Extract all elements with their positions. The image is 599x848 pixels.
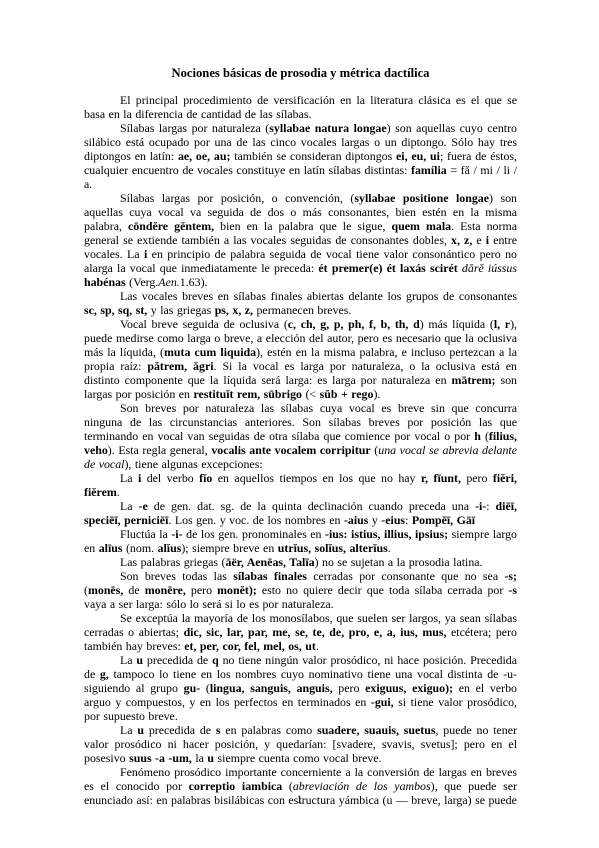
bold-run: muta cum liquida [164,345,256,359]
text-run: la [192,751,208,765]
bold-run: quem mala [392,219,452,233]
text-run: cerradas por consonante que no sea [307,569,505,583]
text-run: Sílabas largas por naturaleza ( [120,121,269,135]
text-run: vaya a ser larga: sólo lo será si lo es … [84,597,334,611]
paragraph: Son breves por naturaleza las sílabas cu… [84,401,517,471]
text-run: y [368,513,381,527]
page-number: 1 [0,792,599,807]
text-run: La [120,653,136,667]
text-run: precedida de [143,653,212,667]
bold-run: fĭo [199,471,212,485]
bold-run: -gui, [371,695,394,709]
bold-run: syllabae natura longae [269,121,386,135]
paragraph: Sílabas largas por posición, o convenció… [84,191,517,289]
bold-run: vocalis ante vocalem corripitur [211,443,370,457]
bold-run: gu- [184,681,201,695]
text-run: Las palabras griegas ( [120,555,226,569]
text-run: . Los gen. y voc. de los nombres en [168,513,344,527]
italic-run: dărĕ iússus [462,261,517,275]
bold-run: x, z, [451,233,472,247]
paragraph: La u precedida de s en palabras como sua… [84,723,517,765]
bold-run: u [137,723,144,737]
document-content: Nociones básicas de prosodia y métrica d… [84,66,517,807]
bold-run: et, per, cor, fel, mel, os, ut [184,639,316,653]
bold-run: syllabae positione longae [354,191,489,205]
paragraph: Las vocales breves en sílabas finales ab… [84,289,517,317]
bold-run: alīus [99,541,123,555]
text-run: de gen. dat. sg. de la quinta declinació… [148,499,475,513]
bold-run: sŭb + rego [320,387,374,401]
bold-run: suadere, suauis, suetus [317,723,435,737]
bold-run: monēre, [145,583,186,597]
text-run: Vocal breve seguida de oclusiva ( [120,317,288,331]
text-run: ( [282,779,293,793]
text-run: siempre cuenta como vocal breve. [214,751,382,765]
text-run: ) no se sujetan a la prosodia latina. [315,555,483,569]
bold-run: ps, x, z, [215,303,253,317]
text-run: también se consideran diptongos [230,149,396,163]
text-run: y las griegas [147,303,214,317]
paragraph: Son breves todas las sílabas finales cer… [84,569,517,611]
paragraph: Fluctúa la -i- de los gen. pronominales … [84,527,517,555]
text-run: Sílabas largas por posición, o convenció… [120,191,354,205]
bold-run: -s [508,583,517,597]
text-run: . [388,541,391,555]
document-body: El principal procedimiento de versificac… [84,93,517,807]
document-page: Nociones básicas de prosodia y métrica d… [0,0,599,848]
paragraph: El principal procedimiento de versificac… [84,93,517,121]
text-run: esto no quiere decir que toda sílaba cer… [257,583,509,597]
bold-run: dic, sic, lar, par, me, se, te, de, pro,… [184,625,447,639]
text-run: La [120,471,138,485]
paragraph: La i del verbo fĭo en aquellos tiempos e… [84,471,517,499]
text-run: ). Esta regla general, [108,443,212,457]
text-run: permanecen breves. [253,303,351,317]
text-run: (Verg. [126,275,159,289]
italic-run: Aen. [158,275,179,289]
bold-run: -eius [381,513,405,527]
bold-run: c, ch, g, p, ph, f, b, th, d [288,317,420,331]
text-run: precedida de [144,723,216,737]
italic-run: abreviación de los yambos [293,779,431,793]
bold-run: ei, eu, ui [396,149,440,163]
bold-run: monĕt); [217,583,257,597]
text-run: ) más líquida ( [420,317,494,331]
bold-run: -e [139,499,148,513]
text-run: . [117,485,120,499]
paragraph: La -e de gen. dat. sg. de la quinta decl… [84,499,517,527]
text-run: ). [373,387,380,401]
text-run: ); siempre breve en [181,541,277,555]
text-run: El principal procedimiento de versificac… [84,93,517,121]
bold-run: correptio iambica [189,779,283,793]
text-run: Las vocales breves en sílabas finales ab… [120,289,517,303]
text-run: pero [461,471,493,485]
text-run: 1.63). [180,275,208,289]
bold-run: pătrem, ăgri [147,359,213,373]
bold-run: monēs, [88,583,123,597]
text-run: bien en la palabra que le sigue, [214,219,391,233]
page-title: Nociones básicas de prosodia y métrica d… [84,66,517,80]
paragraph: Se exceptúa la mayoría de los monosílabo… [84,611,517,653]
text-run: e [472,233,485,247]
bold-run: -ius: istius, illius, ipsius; [325,527,448,541]
text-run: ( [481,429,489,443]
bold-run: āër, Aenēas, Talīa [226,555,315,569]
text-run: de los gen. pronominales en [183,527,325,541]
text-run: (< [302,387,320,401]
bold-run: habénas [84,275,126,289]
bold-run: lingua, sanguis, anguis, [210,681,333,695]
bold-run: -i- [475,499,486,513]
paragraph: Las palabras griegas (āër, Aenēas, Talīa… [84,555,517,569]
bold-run: cōndĕre gĕntem, [128,219,214,233]
text-run: Son breves todas las [120,569,233,583]
bold-run: ét premer(e) ét laxás scirét [318,261,462,275]
bold-run: Pompēī, Gāī [412,513,475,527]
text-run: Fluctúa la [120,527,171,541]
text-run: del verbo [141,471,199,485]
text-run: : [486,499,495,513]
text-run: Son breves por naturaleza las sílabas cu… [84,401,517,443]
text-run: pero [333,681,366,695]
paragraph: Vocal breve seguida de oclusiva (c, ch, … [84,317,517,401]
bold-run: alĭus [158,541,182,555]
bold-run: l, r [494,317,510,331]
bold-run: -aius [344,513,368,527]
bold-run: utrĭus, solĭus, alterĭus [278,541,388,555]
bold-run: sc, sp, sq, st, [84,303,147,317]
bold-run: suus -a -um, [129,751,192,765]
paragraph: La u precedida de q no tiene ningún valo… [84,653,517,723]
text-run: ( [200,681,210,695]
bold-run: g, [100,667,109,681]
bold-run: -s; [504,569,517,583]
text-run: La [120,499,139,513]
text-run: pero [186,583,217,597]
bold-run: família [411,163,447,177]
paragraph: Sílabas largas por naturaleza (syllabae … [84,121,517,191]
text-run: . [316,639,319,653]
bold-run: mātrem; [452,373,496,387]
bold-run: restituĭt rem, sūbrigo [193,387,302,401]
text-run: ), tiene algunas excepciones: [124,457,262,471]
text-run: en aquellos tiempos en los que no hay [212,471,421,485]
bold-run: ae, oe, au; [178,149,231,163]
bold-run: q [212,653,219,667]
bold-run: -i- [171,527,182,541]
bold-run: exiguus, exiguo); [365,681,453,695]
text-run: en palabras como [221,723,318,737]
text-run: La [120,723,137,737]
bold-run: sílabas finales [233,569,307,583]
bold-run: h [474,429,481,443]
text-run: : [405,513,412,527]
text-run: (nom. [123,541,158,555]
text-run: de [123,583,144,597]
bold-run: r, fīunt, [421,471,461,485]
